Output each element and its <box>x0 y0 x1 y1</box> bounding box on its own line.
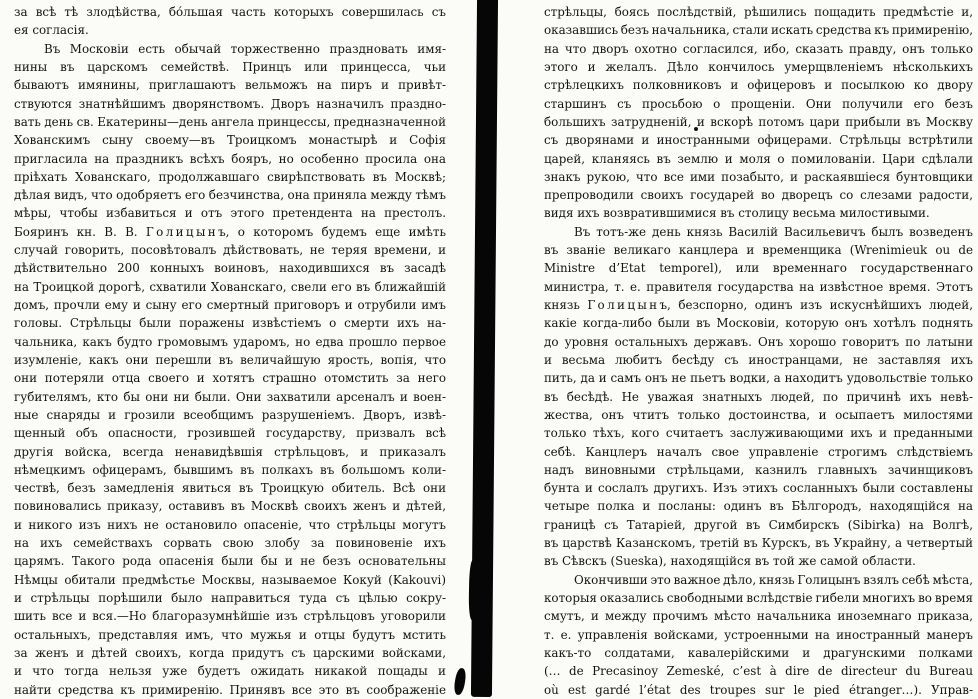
text-line-content: въ царствѣ Казанскомъ, третій въ Курскъ,… <box>544 536 973 550</box>
text-line: министра, т. е. правителя государства на… <box>544 278 973 296</box>
text-line: они потеряли отца своего и хотятъ страшн… <box>14 369 446 387</box>
text-line: мѣры, чтобы избавиться и отъ этого прете… <box>14 204 446 222</box>
text-line: щенный объ опасности, грозившей государс… <box>14 424 446 442</box>
text-line: и весьма любитъ бесѣду съ иностранцами, … <box>544 351 973 369</box>
text-line-content: и весьма любитъ бесѣду съ иностранцами, … <box>544 353 973 367</box>
text-line-content: царямъ. Такого рода опасенія были бы и н… <box>14 554 446 568</box>
text-line: смутъ, и между прочимъ мѣсто начальника … <box>544 607 973 625</box>
text-line: ные снаряды и грозили всеобщимъ разрушен… <box>14 406 446 424</box>
text-line-content: Въ Московіи есть обычай торжественно пра… <box>44 42 446 56</box>
text-line-content: домъ, прочли ему и сыну его смертный при… <box>14 298 446 312</box>
text-line-content: какъ-то солдатами, кавалерійскими и драг… <box>544 646 973 660</box>
text-line-content: они потеряли отца своего и хотятъ страшн… <box>14 371 446 385</box>
text-line: какіе когда-либо были въ Московіи, котор… <box>544 314 973 332</box>
text-line-content: другія войска, всегда ненавидѣвшія стрѣл… <box>14 445 446 459</box>
text-line: въ царствѣ Казанскомъ, третій въ Курскъ,… <box>544 534 973 552</box>
text-line: за всѣ тѣ злодѣйства, бо́льшая часть кот… <box>14 3 446 21</box>
text-line: шить все и вся.—Но благоразумнѣйшіе изъ … <box>14 607 446 625</box>
text-line: и стрѣльцы порѣшили было направиться туд… <box>14 589 446 607</box>
text-line-content: жества, онъ чтитъ только достоинства, и … <box>544 408 973 422</box>
text-line: видя ихъ возвратившимися въ столицу весь… <box>544 204 973 222</box>
text-line: чальника, какъ будто громовымъ ударомъ, … <box>14 333 446 351</box>
text-line: жества, онъ чтитъ только достоинства, и … <box>544 406 973 424</box>
text-line-content: случай говорить, посовѣтовалъ дѣйствоват… <box>14 243 446 257</box>
text-line-content: смутъ, и между прочимъ мѣсто начальника … <box>544 609 973 623</box>
text-line: на Троицкой дорогѣ, схватили Хованскаго,… <box>14 278 446 296</box>
text-line-content: щенный объ опасности, грозившей государс… <box>14 426 446 440</box>
text-line: стрѣльцы, боясь послѣдствій, рѣшились по… <box>544 3 973 21</box>
text-line: дѣлая видъ, что одобряетъ его безчинства… <box>14 186 446 204</box>
text-line: препроводили своихъ государей во дворецъ… <box>544 186 973 204</box>
left-text-column: за всѣ тѣ злодѣйства, бо́льшая часть кот… <box>14 3 446 699</box>
text-line: изумленіе, какъ они перешли въ величайшу… <box>14 351 446 369</box>
text-line-content: препроводили своихъ государей во дворецъ… <box>544 188 973 202</box>
text-line-content: въ бесѣдѣ. Не уважая знатныхъ людей, по … <box>544 390 973 404</box>
text-line-content: пригласила на праздникъ всѣхъ бояръ, но … <box>14 152 446 166</box>
text-line-content: надъ виновными стрѣльцами, казнилъ главн… <box>544 463 973 477</box>
text-line: до уровня остальныхъ державъ. Онъ хорошо… <box>544 333 973 351</box>
text-line: и что тогда нельзя уже будетъ ожидать ни… <box>14 662 446 680</box>
text-line-content: ствуются знатнѣйшимъ дворянствомъ. Дворъ… <box>14 97 446 111</box>
text-line-content: и стрѣльцы порѣшили было направиться туд… <box>14 591 446 605</box>
text-line-content: только тѣхъ, кого считаетъ заслуживающим… <box>544 426 973 440</box>
text-line: Ministre d’Etat temporel), или временнаг… <box>544 259 973 277</box>
text-line: этого и желалъ. Дѣло кончилось умерщвлен… <box>544 58 973 76</box>
text-line-content: ные снаряды и грозили всеобщимъ разрушен… <box>14 408 446 422</box>
text-line-content: найти средства къ примиренію. Принявъ вс… <box>14 683 446 697</box>
text-line-content: Хованскимъ сыну своему—въ Троицкомъ мона… <box>14 133 446 147</box>
text-line-content: мѣры, чтобы избавиться и отъ этого прете… <box>14 206 446 220</box>
text-line: ея согласія. <box>14 21 446 39</box>
text-line: стрѣлецкихъ полковниковъ и офицеровъ и п… <box>544 76 973 94</box>
text-line: чествѣ, безъ замедленія явиться въ Троиц… <box>14 479 446 497</box>
text-line: на ихъ семействахъ сорвать свою злобу за… <box>14 534 446 552</box>
text-line: другія войска, всегда ненавидѣвшія стрѣл… <box>14 443 446 461</box>
text-line-content: Въ тотъ-же день князь Василій Васильевич… <box>574 225 973 239</box>
text-line: Въ тотъ-же день князь Василій Васильевич… <box>544 223 973 241</box>
text-line-content: большихъ затрудненій, и вскорѣ потомъ ца… <box>544 115 973 129</box>
text-line-content: Окончивши это важное дѣло, князь Голицын… <box>574 573 973 587</box>
text-line: съ дворянами и иностранными офицерами. С… <box>544 131 973 149</box>
text-line-content: нѣмецкимъ офицерамъ, бывшимъ въ полкахъ … <box>14 463 446 477</box>
text-line-content: стрѣлецкихъ полковниковъ и офицеровъ и п… <box>544 78 973 92</box>
text-line-content: границѣ съ Татаріей, другой въ Симбирскъ… <box>544 518 973 532</box>
text-line-content: бунта и сослалъ другихъ. Изъ этихъ сосла… <box>544 481 973 495</box>
text-line: границѣ съ Татаріей, другой въ Симбирскъ… <box>544 516 973 534</box>
text-line-content: на ихъ семействахъ сорвать свою злобу за… <box>14 536 446 550</box>
text-line: Бояринъ кн. В. В. Г о л и ц ы н ъ, о кот… <box>14 223 446 241</box>
text-line-content: Бояринъ кн. В. В. Г о л и ц ы н ъ, о кот… <box>14 225 446 239</box>
text-line: царей, кланяясь въ землю и моля о помило… <box>544 150 973 168</box>
text-line: себѣ. Канцлеръ началъ свое управленіе ст… <box>544 443 973 461</box>
text-line: только тѣхъ, кого считаетъ заслуживающим… <box>544 424 973 442</box>
text-line-content: въ Сѣвскъ (Sueska), находящійся въ той ж… <box>544 554 916 568</box>
text-line-content: которыя оказались свободными вслѣдствіе … <box>544 591 973 605</box>
text-line-content: за всѣ тѣ злодѣйства, бо́льшая часть кот… <box>14 5 446 19</box>
text-line-content: пріѣхать Хованскаго, продолжавшаго свирѣ… <box>14 170 446 184</box>
text-line-content: на что дворъ охотно согласился, ибо, ска… <box>544 42 973 56</box>
text-line: пригласила на праздникъ всѣхъ бояръ, но … <box>14 150 446 168</box>
text-line: въ званіе великаго канцлера и временщика… <box>544 241 973 259</box>
text-line-content: Ministre d’Etat temporel), или временнаг… <box>544 261 973 275</box>
text-line: нѣмецкимъ офицерамъ, бывшимъ въ полкахъ … <box>14 461 446 479</box>
text-line-content: дѣлая видъ, что одобряетъ его безчинства… <box>14 188 446 202</box>
text-line-content: старшинъ съ просьбою о прощеніи. Они пол… <box>544 97 973 111</box>
text-line-content: и никого изъ нихъ не остановило опасеніе… <box>14 518 446 532</box>
text-line: старшинъ съ просьбою о прощеніи. Они пол… <box>544 95 973 113</box>
text-line-content: съ дворянами и иностранными офицерами. С… <box>544 133 973 147</box>
text-line: Хованскимъ сыну своему—въ Троицкомъ мона… <box>14 131 446 149</box>
text-line: на что дворъ охотно согласился, ибо, ска… <box>544 40 973 58</box>
text-line: царямъ. Такого рода опасенія были бы и н… <box>14 552 446 570</box>
text-line: и никого изъ нихъ не остановило опасеніе… <box>14 516 446 534</box>
text-line: вать день св. Екатерины—день ангела прин… <box>14 113 446 131</box>
text-line-content: чальника, какъ будто громовымъ ударомъ, … <box>14 335 446 349</box>
text-line-content: изумленіе, какъ они перешли въ величайшу… <box>14 353 446 367</box>
text-line: знакъ рукою, что все ими позабыто, и рас… <box>544 168 973 186</box>
text-line-content: какіе когда-либо были въ Московіи, котор… <box>544 316 973 330</box>
text-line: домъ, прочли ему и сыну его смертный при… <box>14 296 446 314</box>
text-line: случай говорить, посовѣтовалъ дѣйствоват… <box>14 241 446 259</box>
text-line-content: за женъ и дѣтей своихъ, когда придутъ съ… <box>14 646 446 660</box>
text-line-content: видя ихъ возвратившимися въ столицу весь… <box>544 206 930 220</box>
text-line-content: и что тогда нельзя уже будетъ ожидать ни… <box>14 664 446 678</box>
text-line: найти средства къ примиренію. Принявъ вс… <box>14 681 446 699</box>
text-line: большихъ затрудненій, и вскорѣ потомъ ца… <box>544 113 973 131</box>
text-line: въ Сѣвскъ (Sueska), находящійся въ той ж… <box>544 552 973 570</box>
text-line-content: министра, т. е. правителя государства на… <box>544 280 973 294</box>
text-line-content: Нѣмцы обитали предмѣстье Москвы, называе… <box>14 573 446 587</box>
right-text-column: стрѣльцы, боясь послѣдствій, рѣшились по… <box>544 3 973 699</box>
text-line-content: четыре полка и посланы: одинъ въ Бѣлгоро… <box>544 499 973 513</box>
text-line-content: царей, кланяясь въ землю и моля о помило… <box>544 152 973 166</box>
text-line: (… de Precasinoy Zemeské, c’est à dire d… <box>544 662 973 680</box>
text-line-content: стрѣльцы, боясь послѣдствій, рѣшились по… <box>544 5 973 19</box>
text-line: за женъ и дѣтей своихъ, когда придутъ съ… <box>14 644 446 662</box>
text-line: какъ-то солдатами, кавалерійскими и драг… <box>544 644 973 662</box>
text-line-content: этого и желалъ. Дѣло кончилось умерщвлен… <box>544 60 973 74</box>
text-line: которыя оказались свободными вслѣдствіе … <box>544 589 973 607</box>
text-line: остальныхъ, представляя имъ, что мужья и… <box>14 626 446 644</box>
text-line: надъ виновными стрѣльцами, казнилъ главн… <box>544 461 973 479</box>
text-line: пить, да и самъ онъ не пьетъ водки, а на… <box>544 369 973 387</box>
text-line: пріѣхать Хованскаго, продолжавшаго свирѣ… <box>14 168 446 186</box>
text-line-content: (… de Precasinoy Zemeské, c’est à dire d… <box>544 664 973 678</box>
text-line-content: знакъ рукою, что все ими позабыто, и рас… <box>544 170 973 184</box>
text-line: нины въ царскомъ семействѣ. Принцъ или п… <box>14 58 446 76</box>
text-line: бываютъ имянины, приглашаютъ вельможъ на… <box>14 76 446 94</box>
text-line-content: т. е. управленія войсками, устроенными н… <box>544 628 973 642</box>
text-line-content: до уровня остальныхъ державъ. Онъ хорошо… <box>544 335 973 349</box>
text-line: головы. Стрѣльцы были поражены извѣстіем… <box>14 314 446 332</box>
text-line: губителямъ, кто бы они ни были. Они захв… <box>14 388 446 406</box>
text-line: въ бесѣдѣ. Не уважая знатныхъ людей, по … <box>544 388 973 406</box>
text-line-content: остальныхъ, представляя имъ, что мужья и… <box>14 628 446 642</box>
text-line-content: князь Г о л и ц ы н ъ, безспорно, одинъ … <box>544 298 973 312</box>
text-line: четыре полка и посланы: одинъ въ Бѣлгоро… <box>544 497 973 515</box>
text-line: Нѣмцы обитали предмѣстье Москвы, называе… <box>14 571 446 589</box>
text-line: ствуются знатнѣйшимъ дворянствомъ. Дворъ… <box>14 95 446 113</box>
text-line: Окончивши это важное дѣло, князь Голицын… <box>544 571 973 589</box>
text-line: т. е. управленія войсками, устроенными н… <box>544 626 973 644</box>
text-line-content: чествѣ, безъ замедленія явиться въ Троиц… <box>14 481 446 495</box>
text-line-content: вать день св. Екатерины—день ангела прин… <box>14 115 446 129</box>
text-line-content: себѣ. Канцлеръ началъ свое управленіе ст… <box>544 445 973 459</box>
text-line: князь Г о л и ц ы н ъ, безспорно, одинъ … <box>544 296 973 314</box>
text-line-content: бываютъ имянины, приглашаютъ вельможъ на… <box>14 78 446 92</box>
text-line-content: губителямъ, кто бы они ни были. Они захв… <box>14 390 446 404</box>
scan-artifact-blob <box>453 667 467 695</box>
text-line-content: дѣйствительно 200 конныхъ воиновъ, наход… <box>14 261 446 275</box>
text-line: повиновались приказу, оставивъ въ Москвѣ… <box>14 497 446 515</box>
text-line-content: нины въ царскомъ семействѣ. Принцъ или п… <box>14 60 446 74</box>
text-line-content: пить, да и самъ онъ не пьетъ водки, а на… <box>544 371 973 385</box>
text-line: бунта и сослалъ другихъ. Изъ этихъ сосла… <box>544 479 973 497</box>
text-line: Въ Московіи есть обычай торжественно пра… <box>14 40 446 58</box>
text-line-content: оказавшись безъ начальника, стали искать… <box>544 23 973 37</box>
text-line-content: шить все и вся.—Но благоразумнѣйшіе изъ … <box>14 609 446 623</box>
text-line-content: на Троицкой дорогѣ, схватили Хованскаго,… <box>14 280 446 294</box>
text-line-content: повиновались приказу, оставивъ въ Москвѣ… <box>14 499 446 513</box>
text-line-content: ея согласія. <box>14 23 89 37</box>
text-line: оказавшись безъ начальника, стали искать… <box>544 21 973 39</box>
text-line: où est gardé l’état des troupes sur le p… <box>544 681 973 699</box>
text-line-content: въ званіе великаго канцлера и временщика… <box>544 243 973 257</box>
text-line-content: où est gardé l’état des troupes sur le p… <box>544 683 973 697</box>
text-line-content: головы. Стрѣльцы были поражены извѣстіем… <box>14 316 446 330</box>
book-page-scan: за всѣ тѣ злодѣйства, бо́льшая часть кот… <box>0 0 978 699</box>
text-line: дѣйствительно 200 конныхъ воиновъ, наход… <box>14 259 446 277</box>
